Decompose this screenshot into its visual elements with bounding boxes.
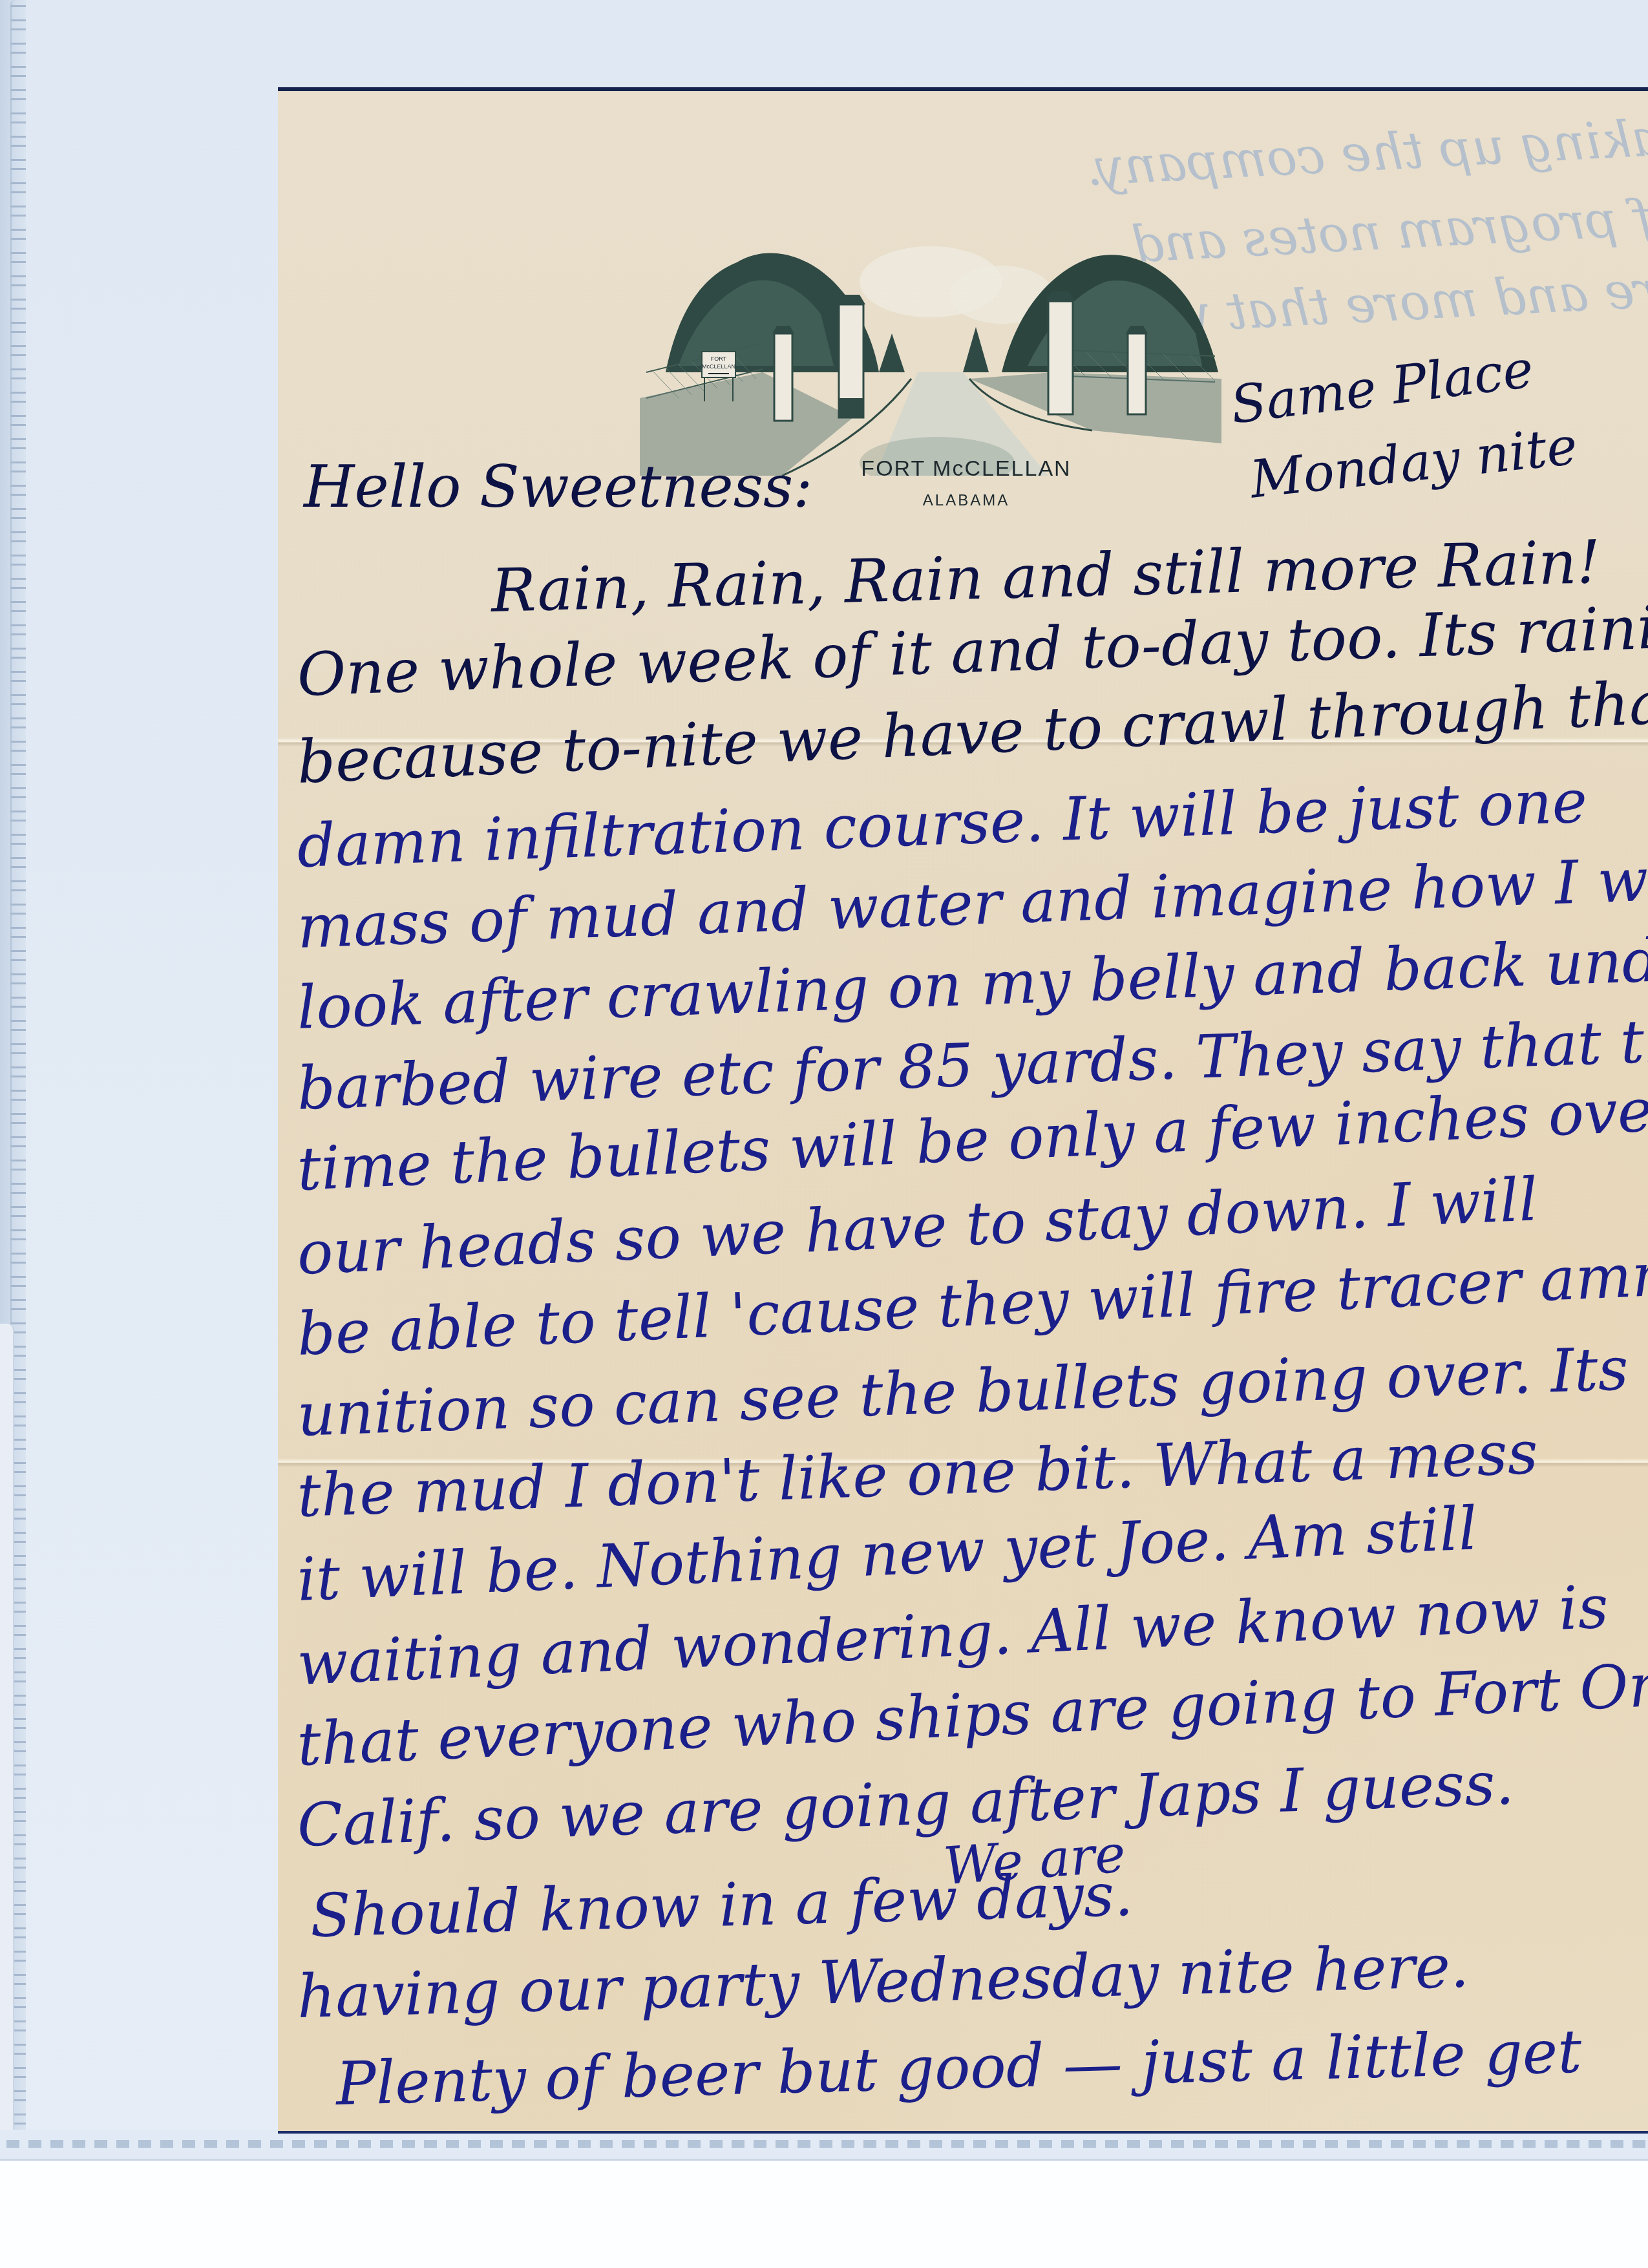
- letter-interjection: We are: [942, 1823, 1128, 1896]
- protector-bottom-seam: [0, 2130, 1648, 2161]
- letter-paper: to-gether before breaking up the company…: [278, 87, 1648, 2134]
- protector-tab: [0, 1324, 14, 2132]
- letter-greeting: Hello Sweetness:: [304, 453, 812, 521]
- gate-engraving-icon: FORT McCLELLAN: [640, 204, 1221, 476]
- letter-place: Same Place: [1227, 339, 1536, 436]
- svg-text:McCLELLAN: McCLELLAN: [702, 363, 735, 370]
- svg-text:FORT: FORT: [711, 355, 727, 362]
- letter-line: Plenty of beer but good — just a little …: [335, 2017, 1583, 2119]
- letterhead-illustration: FORT McCLELLAN: [640, 204, 1221, 476]
- letter-line: having our party Wednesday nite here.: [297, 1932, 1470, 2031]
- bleed-through-text: to-gether before breaking up the company…: [1085, 82, 1648, 198]
